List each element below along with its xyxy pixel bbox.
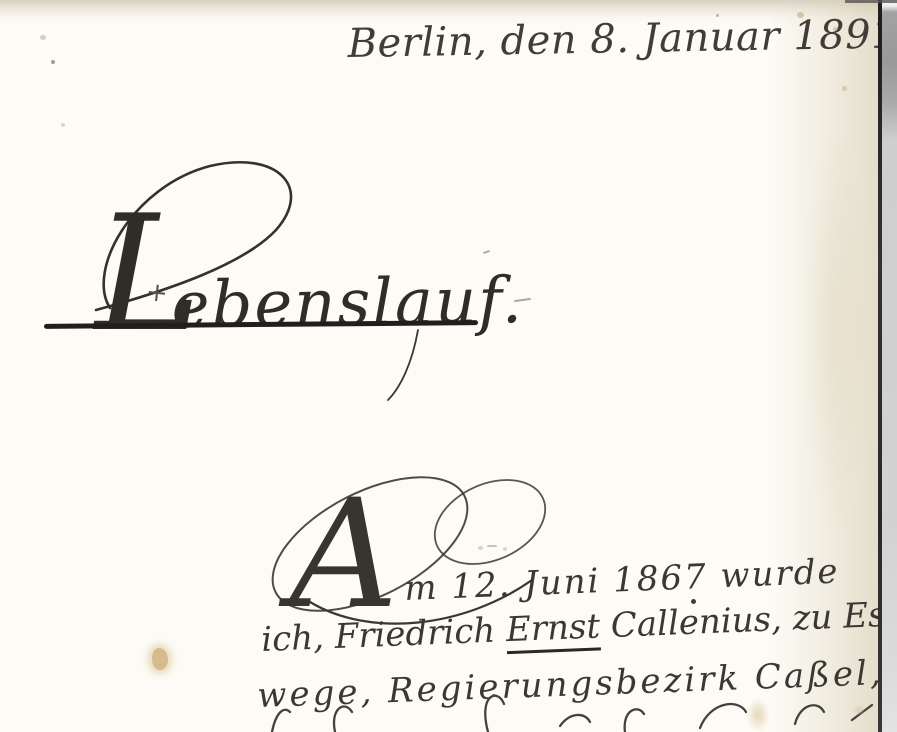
foxing-spot <box>716 14 719 17</box>
body-dropcap: A <box>290 480 398 630</box>
paper-page: Berlin, den 8. Januar 1891. L ebenslauf.… <box>0 0 878 732</box>
foxing-spot <box>40 35 46 40</box>
foxing-spot <box>797 12 804 18</box>
scanner-background <box>882 0 897 732</box>
scan-top-edge <box>845 0 897 3</box>
pencil-mark <box>487 545 497 547</box>
body-text: ich, Friedrich <box>261 610 507 660</box>
dateline: Berlin, den 8. Januar 1891. <box>347 12 897 66</box>
document-scan: Berlin, den 8. Januar 1891. L ebenslauf.… <box>0 0 897 732</box>
stain-smudge <box>746 698 770 732</box>
foxing-spot <box>51 60 55 64</box>
foxing-spot <box>503 547 507 551</box>
page-title: ebenslauf. <box>171 269 524 338</box>
foxing-spot <box>833 27 838 31</box>
pencil-mark <box>483 250 490 254</box>
underlined-name: Ernst <box>505 606 601 654</box>
foxing-spot <box>152 648 168 670</box>
paper-edge-mottling <box>800 120 870 540</box>
ink-speck <box>691 599 696 604</box>
ink-cross-mark: + <box>144 277 169 309</box>
foxing-spot <box>61 123 65 127</box>
foxing-spot <box>842 86 847 91</box>
stain-smudge <box>852 704 866 716</box>
foxing-spot <box>478 546 483 550</box>
